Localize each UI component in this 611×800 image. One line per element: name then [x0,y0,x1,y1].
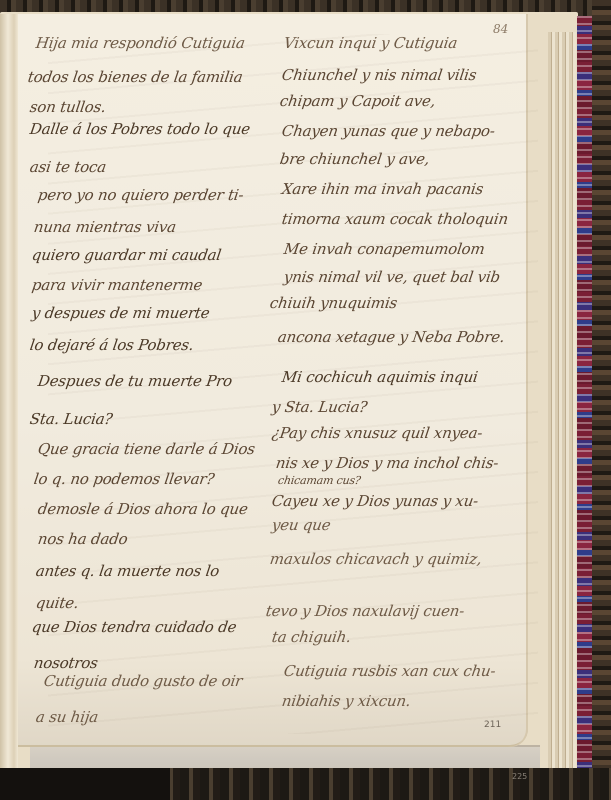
left-line: y despues de mi muerte [31,304,211,322]
right-line: bre chiunchel y ave, [279,150,431,168]
right-line: nibiahis y xixcun. [281,692,412,710]
archive-number-bottom: 225 [512,772,527,781]
right-line: chipam y Capoit ave, [279,92,437,110]
left-line: pero yo no quiero perder ti- [37,186,245,204]
left-line: son tullos. [29,98,107,116]
right-cover-board [592,0,611,800]
left-line: para vivir mantenerme [31,276,204,294]
right-line: Xare ihin ma invah pacanis [281,180,485,198]
page-edges [548,32,576,772]
left-line: asi te toca [29,158,108,176]
right-line: Chiunchel y nis nimal vilis [281,66,478,84]
left-line: Hija mia respondió Cutiguia [35,34,246,52]
right-line: timorna xaum cocak tholoquin [281,210,510,228]
right-line: Me invah conapemumolom [283,240,486,258]
left-line: Dalle á los Pobres todo lo que [29,120,252,138]
right-line: Vixcun inqui y Cutiguia [283,34,459,52]
left-line: Despues de tu muerte Pro [37,372,234,390]
right-line: Chayen yunas que y nebapo- [281,122,496,140]
right-line: Mi cochicuh aquimis inqui [281,368,479,386]
right-line: y Sta. Lucia? [271,398,369,416]
left-line: que Dios tendra cuidado de [31,618,238,636]
right-line: maxulos chicavach y quimiz, [269,550,483,568]
folio-number: 84 [493,22,508,36]
left-line: a su hija [35,708,100,726]
left-line: Sta. Lucia? [29,410,114,428]
left-gutter [0,14,18,786]
right-line: ¿Pay chis xnusuz quil xnyea- [271,424,484,442]
left-line: quite. [35,594,80,612]
right-line: yeu que [271,516,332,534]
left-line: nuna mientras viva [33,218,177,236]
left-line: Cutiguia dudo gusto de oir [43,672,244,690]
left-line: nos ha dado [37,530,129,548]
left-line: Que gracia tiene darle á Dios [37,440,256,458]
right-line-interlinear: chicamam cus? [277,474,361,487]
left-line: lo q. no podemos llevar? [33,470,216,488]
right-line: nis xe y Dios y ma inchol chis- [275,454,500,472]
right-line: Cutiguia rusbis xan cux chu- [283,662,497,680]
right-line: ynis nimal vil ve, quet bal vib [283,268,502,286]
left-line: nosotros [33,654,99,672]
right-line: ta chiguih. [271,628,352,646]
left-line: demosle á Dios ahora lo que [37,500,249,518]
marbled-endpaper [577,16,592,779]
right-line: tevo y Dios naxulavij cuen- [265,602,466,620]
left-line: lo dejaré á los Pobres. [29,336,195,354]
right-line: chiuih ynuquimis [269,294,399,312]
archive-number: 211 [484,720,501,730]
left-line: quiero guardar mi caudal [31,246,223,264]
right-line: ancona xetague y Neba Pobre. [277,328,506,346]
left-line: todos los bienes de la familia [27,68,244,86]
right-line: Cayeu xe y Dios yunas y xu- [271,492,480,510]
left-line: antes q. la muerte nos lo [35,562,221,580]
